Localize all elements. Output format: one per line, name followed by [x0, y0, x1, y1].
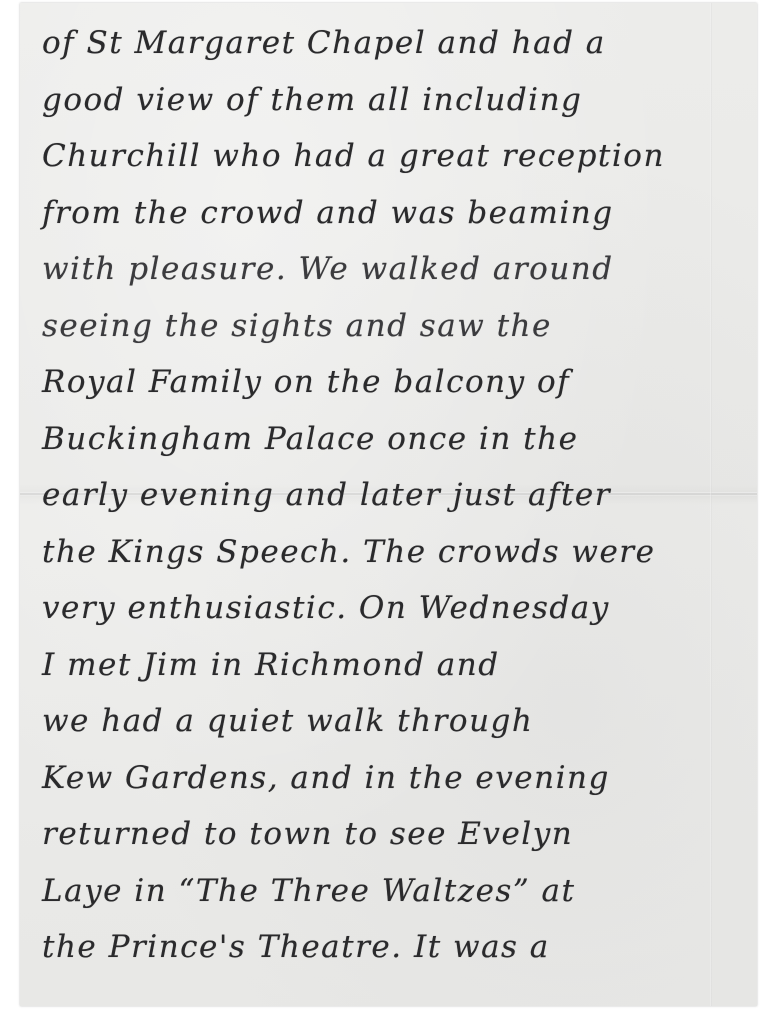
text-line: Churchill who had a great reception [42, 128, 742, 185]
text-line: good view of them all including [42, 72, 742, 129]
text-line: I met Jim in Richmond and [42, 637, 742, 694]
text-line: very enthusiastic. On Wednesday [42, 580, 742, 637]
text-line: from the crowd and was beaming [42, 185, 742, 242]
handwritten-text-block: of St Margaret Chapel and had a good vie… [42, 15, 742, 976]
text-line: the Kings Speech. The crowds were [42, 524, 742, 581]
text-line: with pleasure. We walked around [42, 241, 742, 298]
text-line: Kew Gardens, and in the evening [42, 750, 742, 807]
text-line: we had a quiet walk through [42, 693, 742, 750]
text-line: Laye in “The Three Waltzes” at [42, 863, 742, 920]
text-line: the Prince's Theatre. It was a [42, 919, 742, 976]
text-line: Buckingham Palace once in the [42, 411, 742, 468]
text-line: returned to town to see Evelyn [42, 806, 742, 863]
text-line: seeing the sights and saw the [42, 298, 742, 355]
letter-page: of St Margaret Chapel and had a good vie… [20, 3, 757, 1006]
text-line: of St Margaret Chapel and had a [42, 15, 742, 72]
text-line: Royal Family on the balcony of [42, 354, 742, 411]
text-line: early evening and later just after [42, 467, 742, 524]
